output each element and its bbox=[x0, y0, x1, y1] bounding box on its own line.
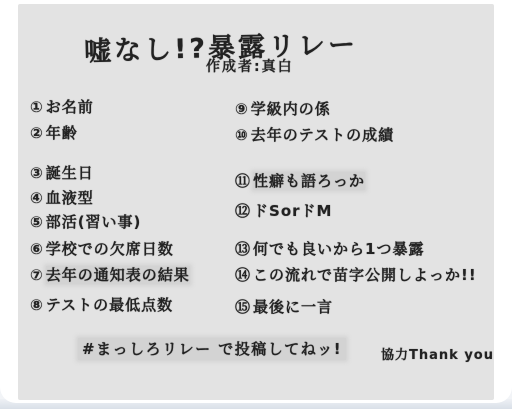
item-number: ⑥ bbox=[30, 240, 44, 258]
item-text: 誕生日 bbox=[46, 164, 94, 182]
item-number: ② bbox=[30, 124, 44, 142]
item-number: ⑪ bbox=[235, 172, 251, 190]
list-item: ⑮最後に一言 bbox=[235, 296, 333, 317]
item-number: ④ bbox=[30, 189, 44, 207]
list-item: ⑭この流れで苗字公開しよっか!! bbox=[235, 264, 477, 285]
list-item: ②年齢 bbox=[30, 122, 78, 143]
hashtag-text: #まっしろリレー で投稿してねッ! bbox=[78, 338, 346, 360]
item-text: ドSorドM bbox=[253, 202, 332, 220]
item-text: テストの最低点数 bbox=[46, 296, 173, 314]
item-number: ⑤ bbox=[30, 213, 44, 231]
item-text: 血液型 bbox=[46, 189, 94, 207]
list-item: ④血液型 bbox=[30, 187, 94, 208]
list-item: ⑤部活(習い事) bbox=[30, 211, 141, 232]
item-text: 年齢 bbox=[46, 124, 78, 142]
item-text: 学級内の係 bbox=[251, 100, 331, 118]
item-text: 部活(習い事) bbox=[46, 213, 142, 231]
item-number: ③ bbox=[30, 164, 44, 182]
item-text: 学校での欠席日数 bbox=[46, 240, 174, 258]
note-author: 作成者:真白 bbox=[206, 56, 294, 76]
handwritten-note-image: 嘘なし!?暴露リレー 作成者:真白 ①お名前 ②年齢 ③誕生日 ④血液型 ⑤部活… bbox=[18, 4, 494, 400]
item-text: この流れで苗字公開しよっか!! bbox=[253, 266, 477, 284]
list-item: ⑨学級内の係 bbox=[235, 98, 331, 119]
item-number: ⑨ bbox=[235, 100, 249, 118]
list-item: ①お名前 bbox=[30, 96, 94, 117]
credit-text: 協力Thank you bbox=[381, 344, 494, 363]
item-number: ⑦ bbox=[30, 266, 44, 284]
list-item: ⑥学校での欠席日数 bbox=[30, 238, 174, 259]
item-number: ① bbox=[30, 98, 44, 116]
item-number: ⑭ bbox=[235, 266, 251, 284]
list-item: ⑬何でも良いから1つ暴露 bbox=[235, 238, 424, 259]
item-number: ⑬ bbox=[235, 240, 251, 258]
item-text: 何でも良いから1つ暴露 bbox=[253, 240, 424, 258]
screenshot-stage: 嘘なし!?暴露リレー 作成者:真白 ①お名前 ②年齢 ③誕生日 ④血液型 ⑤部活… bbox=[0, 0, 512, 409]
item-number: ⑩ bbox=[235, 126, 249, 144]
list-item: ⑩去年のテストの成績 bbox=[235, 124, 394, 145]
item-text: 最後に一言 bbox=[253, 298, 333, 316]
item-number: ⑫ bbox=[235, 202, 251, 220]
image-frame: 嘘なし!?暴露リレー 作成者:真白 ①お名前 ②年齢 ③誕生日 ④血液型 ⑤部活… bbox=[0, 0, 512, 403]
item-text-highlighted: 性癖も語ろっか bbox=[253, 172, 365, 190]
list-item: ⑦去年の通知表の結果 bbox=[30, 264, 190, 285]
item-number: ⑮ bbox=[235, 298, 251, 316]
item-text-highlighted: 去年の通知表の結果 bbox=[46, 266, 190, 284]
list-item: ⑧テストの最低点数 bbox=[30, 294, 173, 315]
list-item: ③誕生日 bbox=[30, 162, 94, 183]
item-text: お名前 bbox=[46, 98, 94, 116]
hashtag-callout: #まっしろリレー で投稿してねッ! bbox=[78, 338, 346, 359]
list-item: ⑪性癖も語ろっか bbox=[235, 170, 365, 191]
item-number: ⑧ bbox=[30, 296, 44, 314]
list-item: ⑫ドSorドM bbox=[235, 200, 332, 221]
item-text: 去年のテストの成績 bbox=[251, 126, 394, 144]
